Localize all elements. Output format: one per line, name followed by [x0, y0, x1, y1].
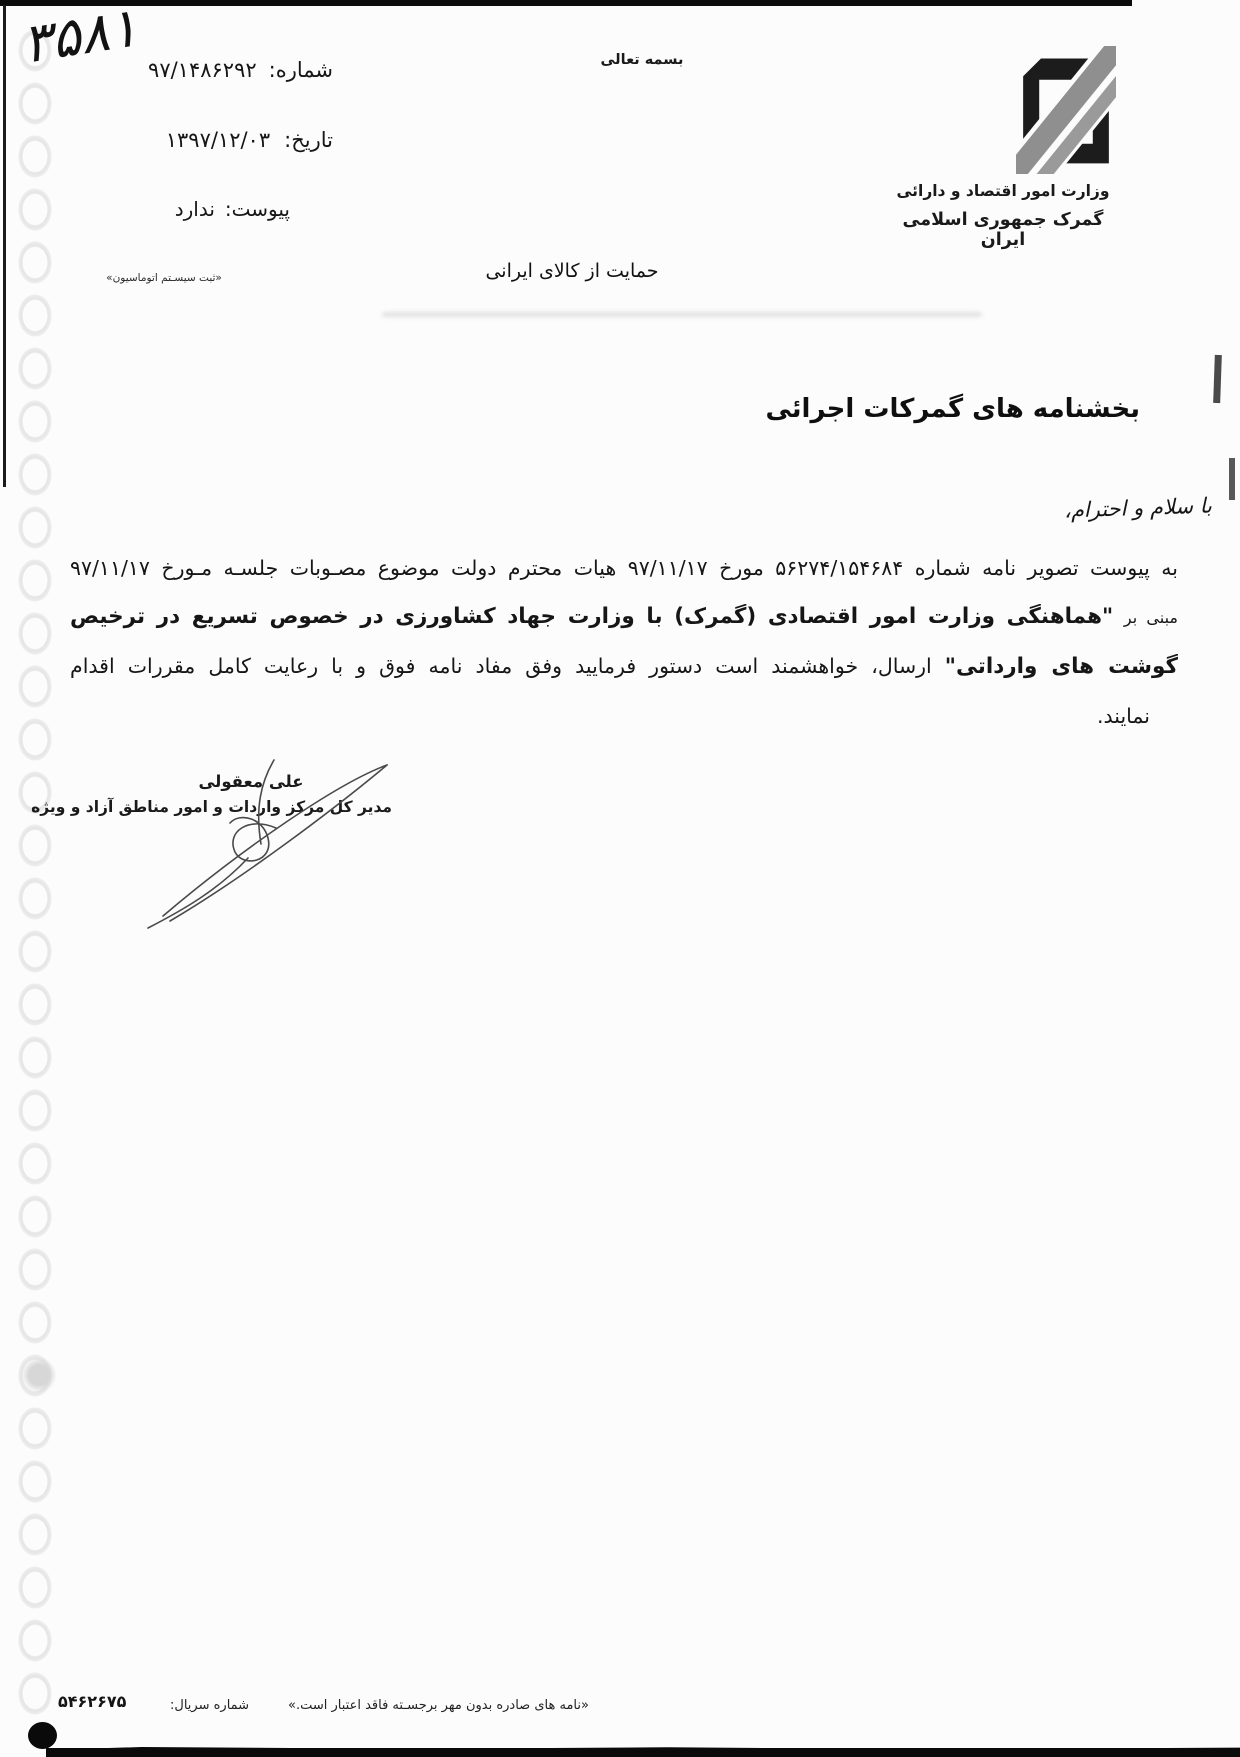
letter-attachment-value: ندارد: [175, 197, 215, 221]
scanned-letter-page: ۳۵۸۱ بسمه تعالی وزارت امور اقتصاد و دارا…: [0, 0, 1240, 1757]
footer-disclaimer: «نامه های صادره بدون مهر برجسـته فاقد اع…: [288, 1698, 589, 1713]
letter-number-row: شماره: ۹۷/۱۴۸۶۲۹۲: [148, 58, 333, 82]
iran-customs-logo-icon: [1016, 46, 1116, 174]
handwritten-greeting: با سلام و احترام،: [1064, 493, 1213, 522]
scan-smudge-artifact: [382, 312, 982, 317]
body-line-2-emphasis: "هماهنگی وزارت امور اقتصادی (گمرک) با وز…: [70, 604, 1113, 629]
letter-number-label: شماره:: [269, 58, 333, 82]
scan-top-edge-artifact: [0, 0, 1132, 6]
organization-name: گمرک جمهوری اسلامی ایران: [878, 210, 1128, 250]
scan-right-tick-artifact: [1213, 355, 1222, 403]
automation-system-note: «ثبت سیسـتم اتوماسیون»: [92, 272, 236, 284]
body-line-3: گوشت های وارداتی" ارسال، خواهشمند است دس…: [70, 654, 1178, 696]
serial-number-label: شماره سریال:: [170, 1698, 249, 1713]
letter-attachment-label: پیوست:: [225, 197, 290, 221]
binding-blob-artifact: [22, 1356, 56, 1394]
bismillah-text: بسمه تعالی: [592, 52, 692, 68]
serial-number-value: ۵۴۶۲۶۷۵: [58, 1692, 126, 1711]
body-line-4: نمایند.: [70, 704, 1150, 746]
letter-date-row: تاریخ: ۱۳۹۷/۱۲/۰۳: [166, 128, 333, 152]
body-line-1: به پیوست تصویر نامه شماره ۵۶۲۷۴/۱۵۴۶۸۴ م…: [70, 556, 1178, 598]
body-line-3-rest: ارسال، خواهشمند است دستور فرمایید وفق مف…: [70, 654, 932, 678]
letter-number-value: ۹۷/۱۴۸۶۲۹۲: [148, 58, 257, 82]
ministry-name: وزارت امور اقتصاد و دارائی: [893, 182, 1113, 200]
punch-hole-artifact: [28, 1722, 57, 1749]
letter-date-value: ۱۳۹۷/۱۲/۰۳: [166, 128, 270, 152]
body-line-2: مبنی بر "هماهنگی وزارت امور اقتصادی (گمر…: [70, 604, 1178, 646]
signature-scribble: [128, 748, 404, 934]
body-line-2-intro: مبنی بر: [1124, 608, 1178, 627]
year-slogan: حمایت از کالای ایرانی: [484, 260, 660, 282]
letter-date-label: تاریخ:: [284, 128, 333, 152]
binding-holes-artifact: [6, 24, 64, 1716]
handwritten-registration-number: ۳۵۸۱: [18, 0, 142, 76]
scan-right-tick-artifact: [1229, 458, 1235, 500]
letter-attachment-row: پیوست: ندارد: [175, 197, 290, 221]
document-title: بخشنامه های گمرکات اجرائی: [765, 394, 1140, 424]
body-line-3-emphasis: گوشت های وارداتی": [945, 654, 1178, 679]
